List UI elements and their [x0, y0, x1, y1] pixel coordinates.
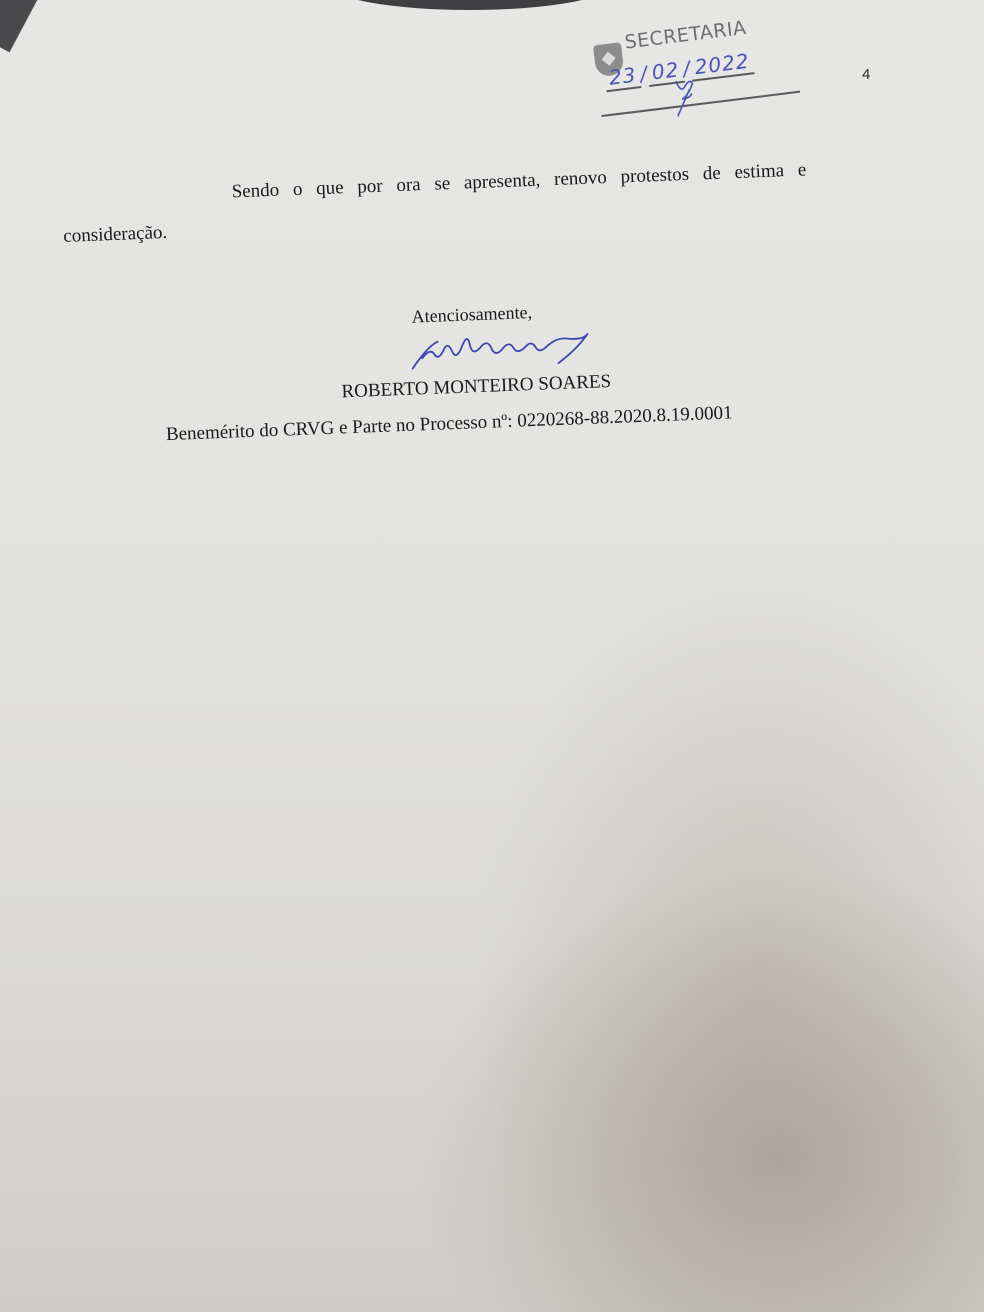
page-number: 4: [862, 66, 870, 83]
stamp-date-day: 23: [604, 62, 642, 92]
stamp-title: SECRETARIA: [623, 17, 747, 54]
background-surface: [0, 0, 42, 52]
background-object: [330, 0, 610, 10]
secretaria-stamp: SECRETARIA 23/02/2022: [588, 0, 820, 131]
letter-body: Sendo o que por ora se apresenta, renovo…: [60, 118, 899, 150]
stamp-initials-icon: [669, 75, 704, 118]
closing-paragraph-line-2: consideração.: [63, 222, 168, 248]
closing-paragraph-line-1: Sendo o que por ora se apresenta, renovo…: [231, 159, 806, 203]
signer-role: Benemérito do CRVG e Parte no Processo n…: [166, 402, 733, 446]
handwritten-signature-icon: [407, 321, 609, 377]
signer-name: ROBERTO MONTEIRO SOARES: [341, 371, 611, 403]
document-page: SECRETARIA 23/02/2022 4 Sendo o que por …: [0, 0, 984, 1312]
